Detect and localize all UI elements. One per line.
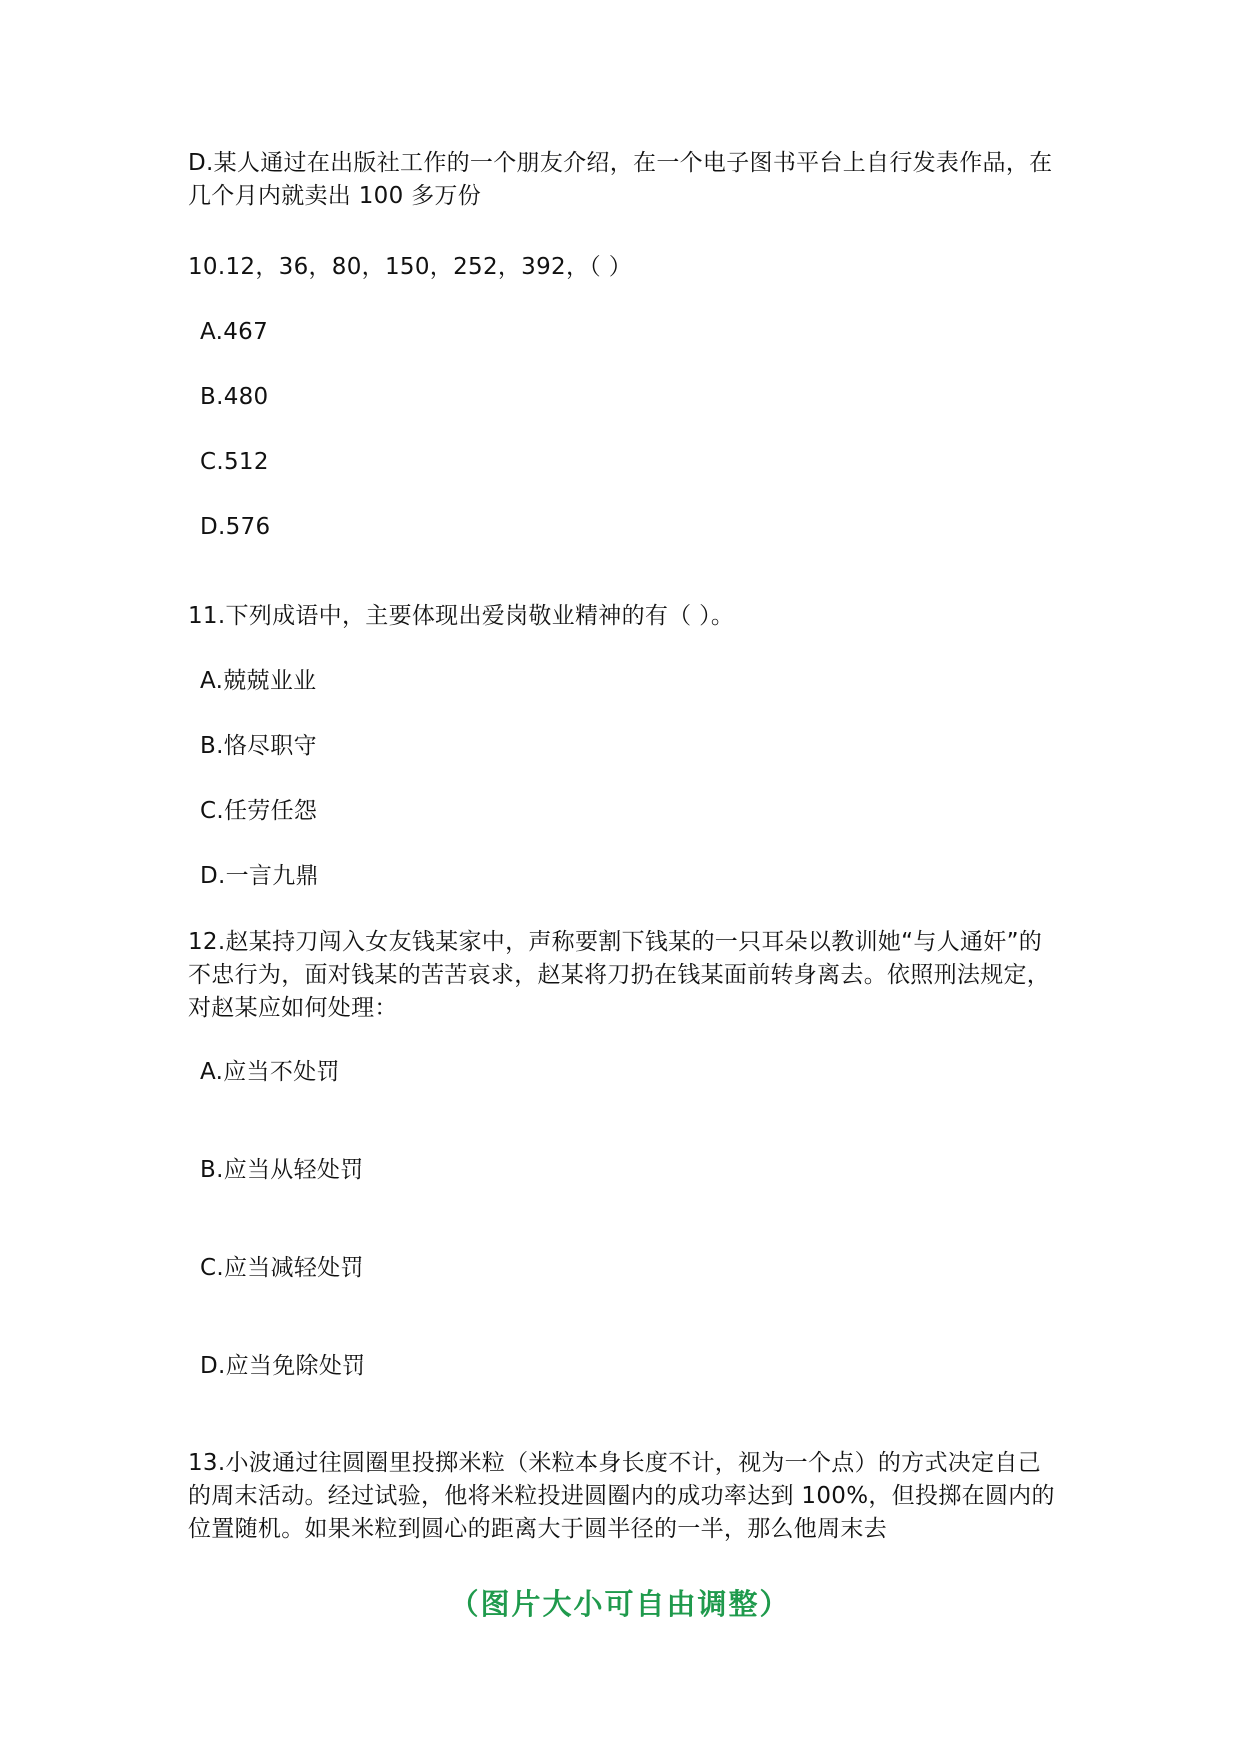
q13-stem: 13.小波通过往圆圈里投掷米粒（米粒本身长度不计，视为一个点）的方式决定自己的周…	[188, 1447, 1058, 1546]
q12-stem: 12.赵某持刀闯入女友钱某家中，声称要割下钱某的一只耳朵以教训她“与人通奸”的不…	[188, 926, 1058, 1025]
exam-page: D.某人通过在出版社工作的一个朋友介绍，在一个电子图书平台上自行发表作品，在几个…	[0, 0, 1240, 1753]
q11-option-d: D.一言九鼎	[200, 860, 1070, 893]
q9-option-d: D.某人通过在出版社工作的一个朋友介绍，在一个电子图书平台上自行发表作品，在几个…	[188, 147, 1058, 213]
q10-option-b: B.480	[200, 381, 1070, 414]
q12-option-a: A.应当不处罚	[200, 1056, 1070, 1089]
q10-option-a: A.467	[200, 316, 1070, 349]
q10-stem: 10.12，36，80，150，252，392，（ ）	[188, 251, 1058, 284]
q10-option-d: D.576	[200, 511, 1070, 544]
q12-option-d: D.应当免除处罚	[200, 1350, 1070, 1383]
q11-option-b: B.恪尽职守	[200, 730, 1070, 763]
q12-option-c: C.应当减轻处罚	[200, 1252, 1070, 1285]
q11-stem: 11.下列成语中，主要体现出爱岗敬业精神的有（ ）。	[188, 600, 1058, 633]
q12-option-b: B.应当从轻处罚	[200, 1154, 1070, 1187]
resize-caption: （图片大小可自由调整）	[0, 1582, 1240, 1623]
q10-option-c: C.512	[200, 446, 1070, 479]
q11-option-a: A.兢兢业业	[200, 665, 1070, 698]
q11-option-c: C.任劳任怨	[200, 795, 1070, 828]
